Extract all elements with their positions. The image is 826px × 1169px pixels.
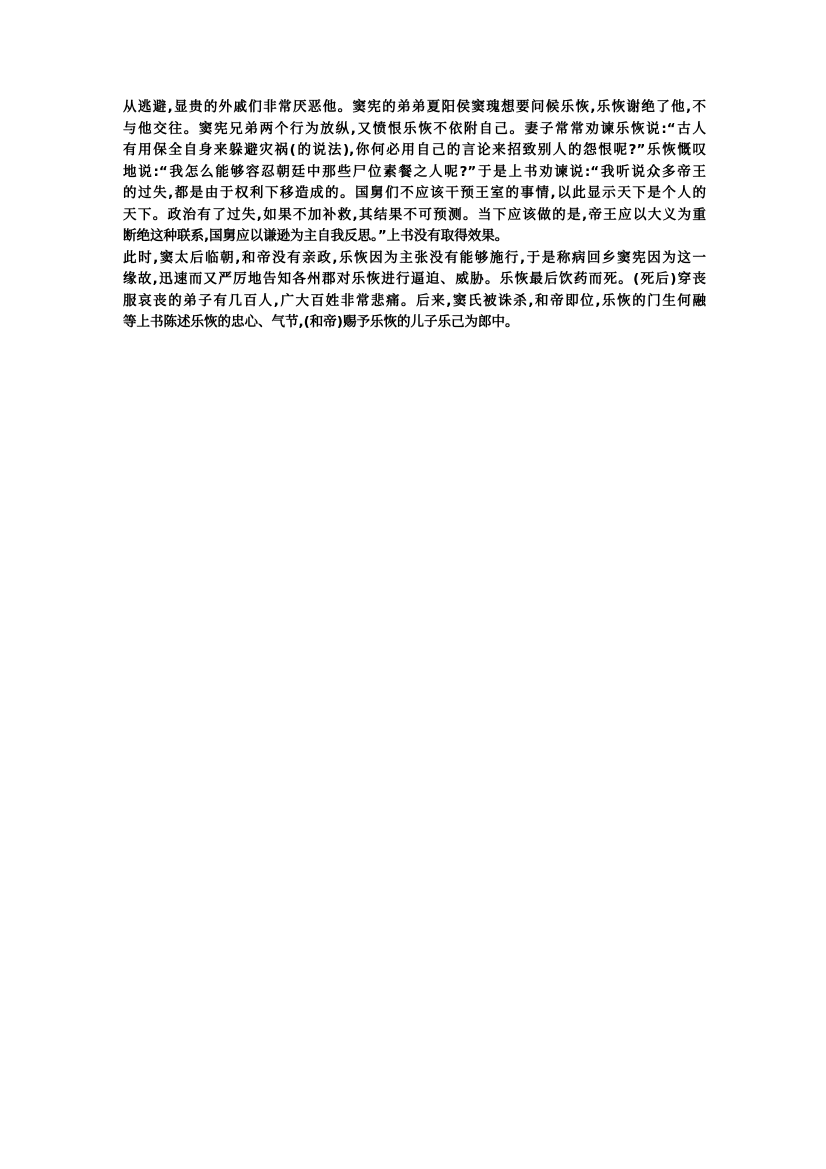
text-line: 与他交往。窦宪兄弟两个行为放纵,又愤恨乐恢不依附自己。妻子常常劝谏乐恢说:“古人 xyxy=(123,119,706,141)
text-line: 此时,窦太后临朝,和帝没有亲政,乐恢因为主张没有能够施行,于是称病回乡窦宪因为这… xyxy=(123,248,706,270)
text-line: 断绝这种联系,国舅应以谦逊为主自我反思。”上书没有取得效果。 xyxy=(123,226,706,248)
paragraph-1: 从逃避,显贵的外戚们非常厌恶他。窦宪的弟弟夏阳侯窦瑰想要问候乐恢,乐恢谢绝了他,… xyxy=(123,97,706,248)
text-line: 有用保全自身来躲避灾祸(的说法),你何必用自己的言论来招致别人的怨恨呢?”乐恢慨… xyxy=(123,140,706,162)
body-text: 从逃避,显贵的外戚们非常厌恶他。窦宪的弟弟夏阳侯窦瑰想要问候乐恢,乐恢谢绝了他,… xyxy=(123,97,706,334)
text-line: 服哀丧的弟子有几百人,广大百姓非常悲痛。后来,窦氏被诛杀,和帝即位,乐恢的门生何… xyxy=(123,291,706,313)
text-line: 缘故,迅速而又严厉地告知各州郡对乐恢进行逼迫、威胁。乐恢最后饮药而死。(死后)穿… xyxy=(123,269,706,291)
paragraph-2: 此时,窦太后临朝,和帝没有亲政,乐恢因为主张没有能够施行,于是称病回乡窦宪因为这… xyxy=(123,248,706,334)
text-line: 天下。政治有了过失,如果不加补救,其结果不可预测。当下应该做的是,帝王应以大义为… xyxy=(123,205,706,227)
text-line: 的过失,都是由于权利下移造成的。国舅们不应该干预王室的事情,以此显示天下是个人的 xyxy=(123,183,706,205)
document-page: 从逃避,显贵的外戚们非常厌恶他。窦宪的弟弟夏阳侯窦瑰想要问候乐恢,乐恢谢绝了他,… xyxy=(0,0,826,1169)
text-line: 从逃避,显贵的外戚们非常厌恶他。窦宪的弟弟夏阳侯窦瑰想要问候乐恢,乐恢谢绝了他,… xyxy=(123,97,706,119)
text-line: 等上书陈述乐恢的忠心、气节,(和帝)赐予乐恢的儿子乐己为郎中。 xyxy=(123,312,706,334)
text-line: 地说:“我怎么能够容忍朝廷中那些尸位素餐之人呢?”于是上书劝谏说:“我听说众多帝… xyxy=(123,162,706,184)
